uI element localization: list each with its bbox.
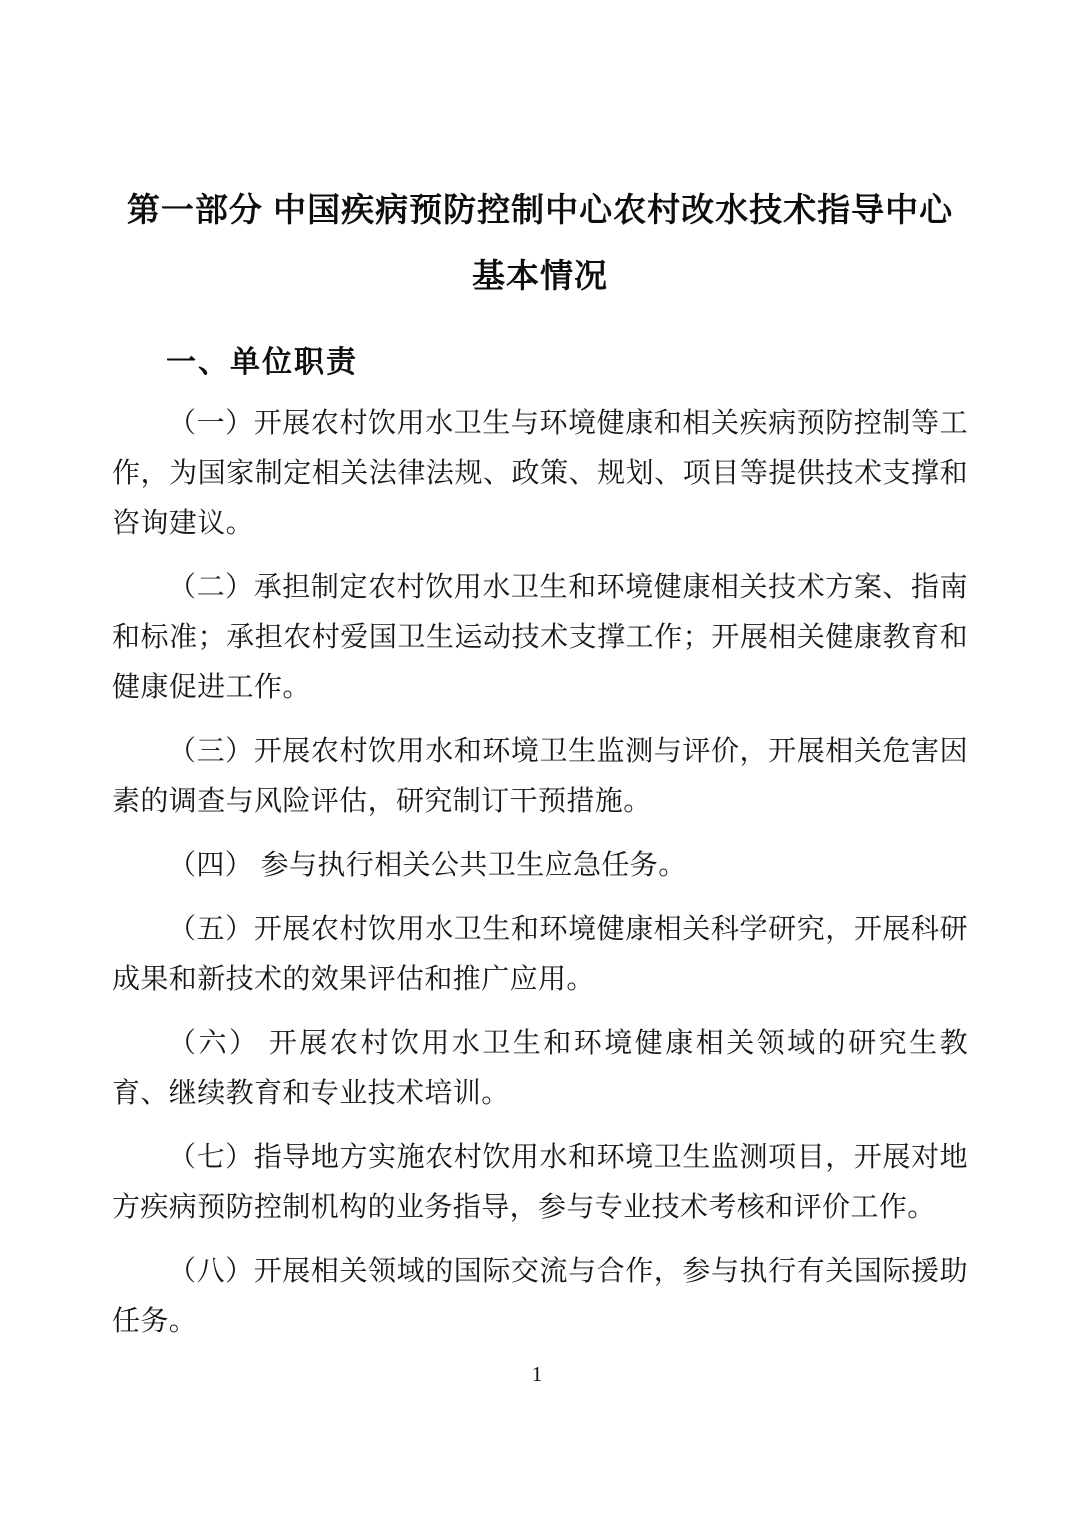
section-heading: 一、单位职责 (112, 341, 968, 385)
document-title: 第一部分 中国疾病预防控制中心农村改水技术指导中心基本情况 (112, 177, 968, 309)
body-paragraph: （六） 开展农村饮用水卫生和环境健康相关领域的研究生教育、继续教育和专业技术培训… (112, 1019, 968, 1119)
body-paragraph: （五）开展农村饮用水卫生和环境健康相关科学研究，开展科研成果和新技术的效果评估和… (112, 905, 968, 1005)
document-page: 第一部分 中国疾病预防控制中心农村改水技术指导中心基本情况 一、单位职责 （一）… (0, 0, 1074, 1520)
document-title-line2: 基本情况 (472, 257, 608, 294)
body-paragraph: （七）指导地方实施农村饮用水和环境卫生监测项目，开展对地方疾病预防控制机构的业务… (112, 1133, 968, 1233)
paragraph-list: （一）开展农村饮用水卫生与环境健康和相关疾病预防控制等工作，为国家制定相关法律法… (112, 399, 968, 1347)
body-paragraph: （四） 参与执行相关公共卫生应急任务。 (112, 841, 968, 891)
body-paragraph: （三）开展农村饮用水和环境卫生监测与评价，开展相关危害因素的调查与风险评估，研究… (112, 727, 968, 827)
body-paragraph: （八）开展相关领域的国际交流与合作，参与执行有关国际援助任务。 (112, 1247, 968, 1347)
body-paragraph: （一）开展农村饮用水卫生与环境健康和相关疾病预防控制等工作，为国家制定相关法律法… (112, 399, 968, 549)
document-title-line1: 第一部分 中国疾病预防控制中心农村改水技术指导中心 (127, 191, 953, 228)
page-number: 1 (0, 1362, 1074, 1386)
body-paragraph: （二）承担制定农村饮用水卫生和环境健康相关技术方案、指南和标准；承担农村爱国卫生… (112, 563, 968, 713)
document-content: 第一部分 中国疾病预防控制中心农村改水技术指导中心基本情况 一、单位职责 （一）… (112, 0, 968, 1347)
